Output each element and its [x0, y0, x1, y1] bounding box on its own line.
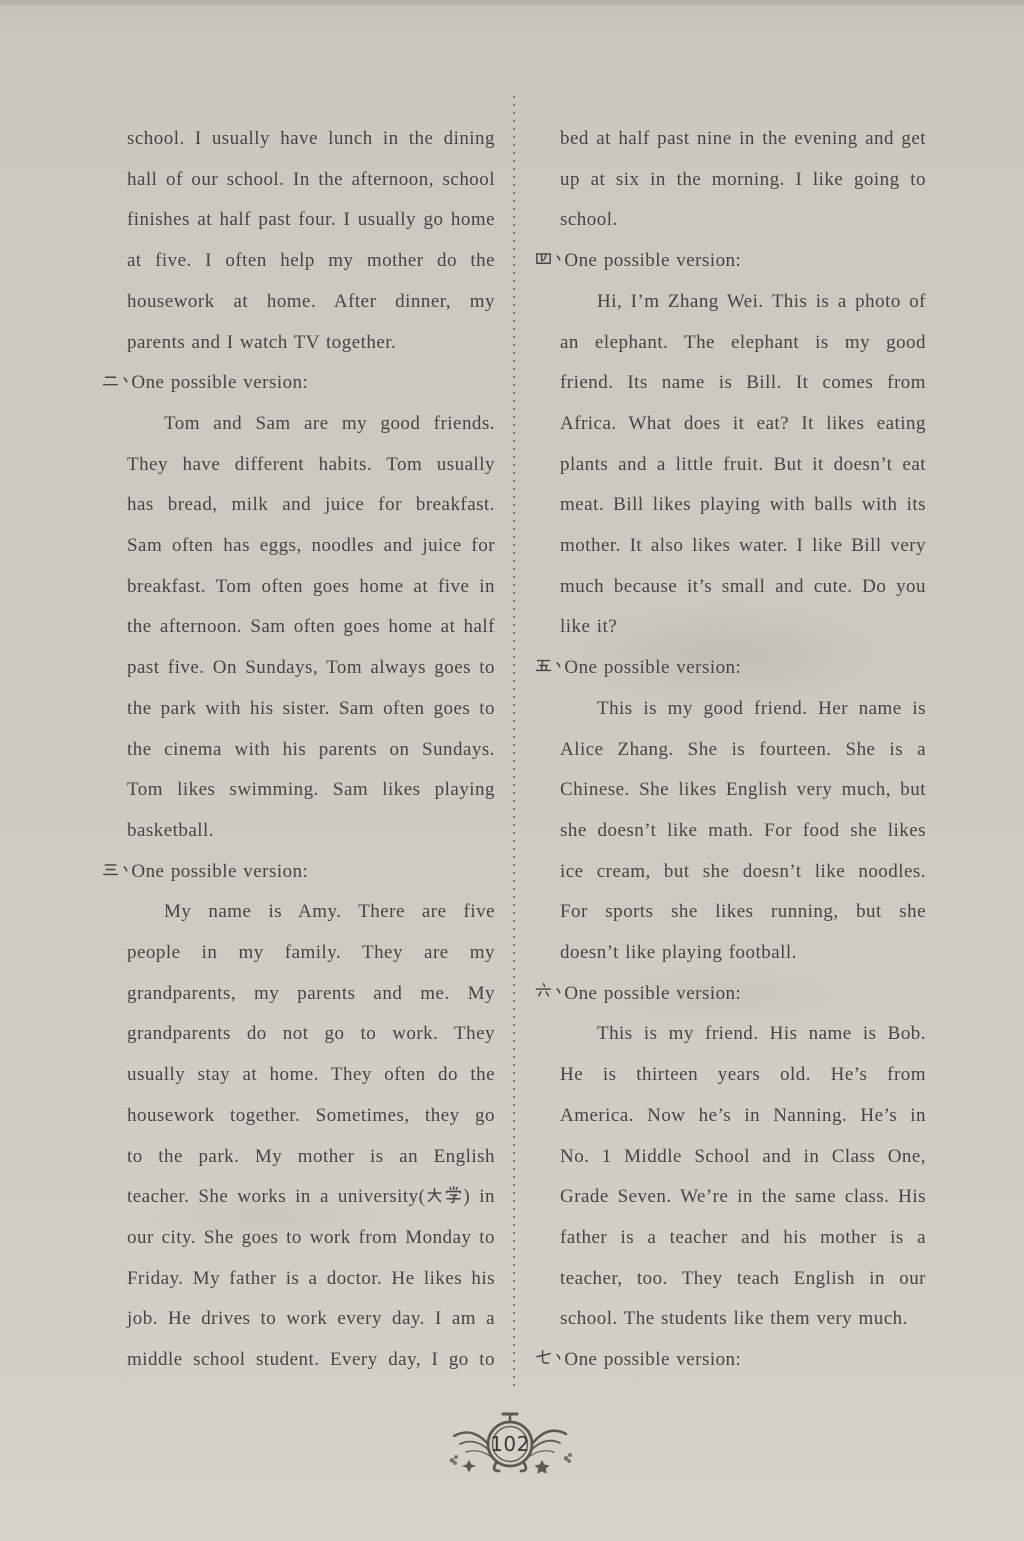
- text-line: Africa. What does it eat? It likes eatin…: [534, 404, 926, 445]
- cjk-glyph-icon: [444, 1186, 463, 1205]
- book-page: school. I usually have lunch in the dini…: [0, 0, 1024, 1541]
- section-header: One possible version:: [534, 241, 926, 282]
- text-line: bed at half past nine in the evening and…: [534, 119, 926, 160]
- text-line: ice cream, but she doesn’t like noodles.: [534, 852, 926, 893]
- text-line: job. He drives to work every day. I am a: [101, 1299, 495, 1340]
- text-line: grandparents, my parents and me. My: [101, 974, 495, 1015]
- text-line: Alice Zhang. She is fourteen. She is a: [534, 730, 926, 771]
- text-line: Hi, I’m Zhang Wei. This is a photo of: [534, 282, 926, 323]
- text-line: mother. It also likes water. I like Bill…: [534, 526, 926, 567]
- cjk-glyph-icon: [120, 371, 131, 390]
- scan-edge-shadow: [0, 0, 1024, 5]
- text-line: For sports she likes running, but she: [534, 892, 926, 933]
- text-line: the afternoon. Sam often goes home at ha…: [101, 607, 495, 648]
- text-line: basketball.: [101, 811, 495, 852]
- text-line: housework together. Sometimes, they go: [101, 1096, 495, 1137]
- text-line: middle school student. Every day, I go t…: [101, 1340, 495, 1381]
- cjk-glyph-icon: [553, 249, 564, 268]
- cjk-glyph-icon: [553, 656, 564, 675]
- text-line: the cinema with his parents on Sundays.: [101, 730, 495, 771]
- text-line: Sam often has eggs, noodles and juice fo…: [101, 526, 495, 567]
- column-right: bed at half past nine in the evening and…: [534, 119, 926, 1381]
- text-line: America. Now he’s in Nanning. He’s in: [534, 1096, 926, 1137]
- text-line: teacher, too. They teach English in our: [534, 1259, 926, 1300]
- alarm-clock-icon: 102: [488, 1414, 532, 1471]
- text-line: Grade Seven. We’re in the same class. Hi…: [534, 1177, 926, 1218]
- cjk-glyph-icon: [534, 249, 553, 268]
- column-divider: [513, 96, 515, 1392]
- text-line: people in my family. They are my: [101, 933, 495, 974]
- text-line: They have different habits. Tom usually: [101, 445, 495, 486]
- text-line: has bread, milk and juice for breakfast.: [101, 485, 495, 526]
- text-line: Tom likes swimming. Sam likes playing: [101, 770, 495, 811]
- text-line: teacher. She works in a university() in: [101, 1177, 495, 1218]
- text-line: like it?: [534, 607, 926, 648]
- flourish-right-icon: [530, 1431, 572, 1474]
- text-line: an elephant. The elephant is my good: [534, 323, 926, 364]
- text-line: our city. She goes to work from Monday t…: [101, 1218, 495, 1259]
- cjk-glyph-icon: [120, 860, 131, 879]
- text-line: meat. Bill likes playing with balls with…: [534, 485, 926, 526]
- cjk-glyph-icon: [534, 982, 553, 1001]
- section-header: One possible version:: [101, 363, 495, 404]
- text-line: the park with his sister. Sam often goes…: [101, 689, 495, 730]
- text-line: finishes at half past four. I usually go…: [101, 200, 495, 241]
- flourish-left-icon: [450, 1432, 490, 1472]
- text-line: Tom and Sam are my good friends.: [101, 404, 495, 445]
- text-line: plants and a little fruit. But it doesn’…: [534, 445, 926, 486]
- text-line: to the park. My mother is an English: [101, 1137, 495, 1178]
- text-line: hall of our school. In the afternoon, sc…: [101, 160, 495, 201]
- section-header: One possible version:: [534, 1340, 926, 1381]
- section-header: One possible version:: [534, 648, 926, 689]
- cjk-glyph-icon: [425, 1186, 444, 1205]
- text-line: friend. Its name is Bill. It comes from: [534, 363, 926, 404]
- text-line: Chinese. She likes English very much, bu…: [534, 770, 926, 811]
- text-line: school.: [534, 200, 926, 241]
- text-line: Friday. My father is a doctor. He likes …: [101, 1259, 495, 1300]
- text-line: school. The students like them very much…: [534, 1299, 926, 1340]
- section-header: One possible version:: [534, 974, 926, 1015]
- text-line: This is my good friend. Her name is: [534, 689, 926, 730]
- text-line: much because it’s small and cute. Do you: [534, 567, 926, 608]
- text-line: school. I usually have lunch in the dini…: [101, 119, 495, 160]
- cjk-glyph-icon: [101, 860, 120, 879]
- text-line: doesn’t like playing football.: [534, 933, 926, 974]
- text-line: father is a teacher and his mother is a: [534, 1218, 926, 1259]
- text-line: This is my friend. His name is Bob.: [534, 1014, 926, 1055]
- page-number-ornament: 102: [444, 1406, 576, 1482]
- text-line: at five. I often help my mother do the: [101, 241, 495, 282]
- text-line: housework at home. After dinner, my: [101, 282, 495, 323]
- text-line: she doesn’t like math. For food she like…: [534, 811, 926, 852]
- text-line: past five. On Sundays, Tom always goes t…: [101, 648, 495, 689]
- cjk-glyph-icon: [534, 656, 553, 675]
- page-number: 102: [490, 1432, 530, 1456]
- cjk-glyph-icon: [553, 1348, 564, 1367]
- column-left: school. I usually have lunch in the dini…: [101, 119, 495, 1381]
- cjk-glyph-icon: [553, 982, 564, 1001]
- text-line: My name is Amy. There are five: [101, 892, 495, 933]
- text-line: He is thirteen years old. He’s from: [534, 1055, 926, 1096]
- text-line: breakfast. Tom often goes home at five i…: [101, 567, 495, 608]
- cjk-glyph-icon: [101, 371, 120, 390]
- section-header: One possible version:: [101, 852, 495, 893]
- text-line: No. 1 Middle School and in Class One,: [534, 1137, 926, 1178]
- text-line: up at six in the morning. I like going t…: [534, 160, 926, 201]
- text-line: grandparents do not go to work. They: [101, 1014, 495, 1055]
- text-line: usually stay at home. They often do the: [101, 1055, 495, 1096]
- cjk-glyph-icon: [534, 1348, 553, 1367]
- text-line: parents and I watch TV together.: [101, 323, 495, 364]
